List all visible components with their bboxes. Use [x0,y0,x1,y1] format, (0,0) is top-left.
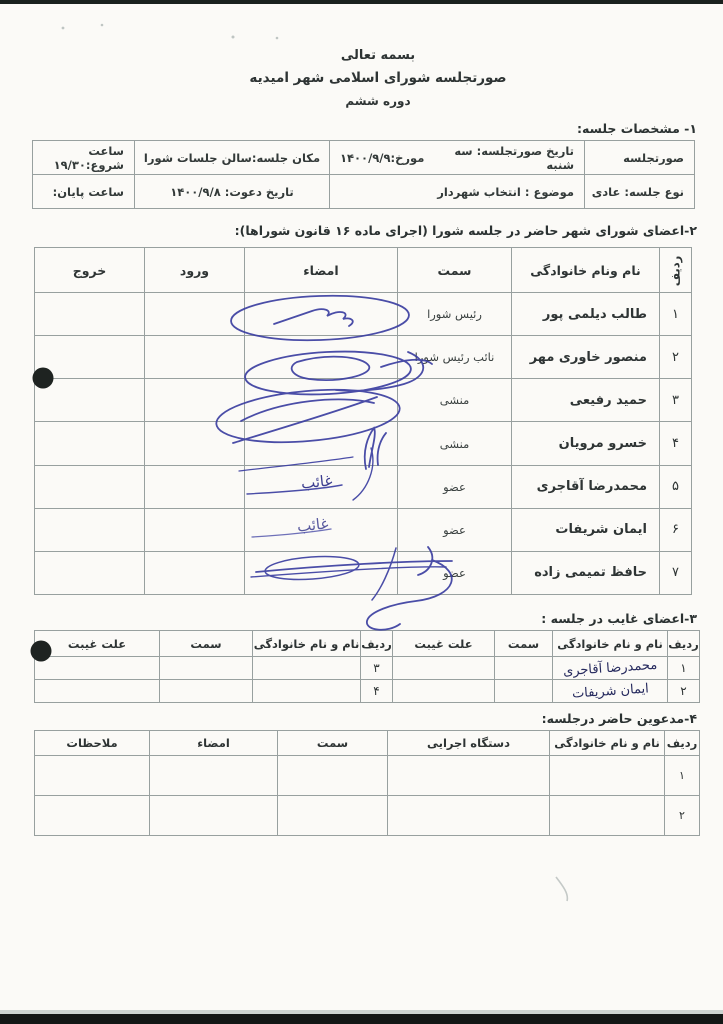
member-role: نائب رئیس شورا [398,336,512,379]
col-full-name: نام ونام خانوادگی [512,248,660,293]
table-header-row: ردیف نام ونام خانوادگی سمت امضاء ورود خر… [35,248,692,293]
col-full-name: نام و نام خانوادگی [550,731,665,756]
absence-reason-cell [35,680,160,703]
exit-cell [35,551,145,594]
invitee-name-cell [550,796,665,836]
remarks-cell [35,756,150,796]
col-row-number: ردیف [660,248,692,293]
document-title: صورتجلسه شورای اسلامی شهر امیدیه [203,70,553,86]
position-cell [278,796,388,836]
start-time-cell: ساعت شروع:۱۹/۳۰ [33,141,135,175]
exit-cell [35,336,145,379]
table-header-row: ردیف نام و نام خانوادگی سمت علت غیبت ردی… [35,631,700,657]
col-full-name: نام و نام خانوادگی [553,631,668,657]
col-full-name: نام و نام خانوادگی [253,631,361,657]
scan-edge-bottom [0,1014,723,1024]
meeting-date-value: مورخ:۱۴۰۰/۹/۹ [340,151,424,165]
entry-cell [145,508,245,551]
member-name: حمید رفیعی [512,379,660,422]
council-term: دوره ششم [203,94,553,108]
handwritten-name: ایمان شریفات [571,681,649,701]
col-position: سمت [278,731,388,756]
member-name: حافظ تمیمی زاده [512,551,660,594]
signature-cell [245,422,398,465]
position-cell [278,756,388,796]
section3-heading: ۳-اعضای غایب در جلسه : [541,611,697,626]
exit-cell [35,379,145,422]
meeting-location-cell: مکان جلسه:سالن جلسات شورا [135,141,330,175]
absence-reason-cell [393,657,495,680]
table-row: ۳ حمید رفیعی منشی [35,379,692,422]
present-members-table: ردیف نام ونام خانوادگی سمت امضاء ورود خر… [34,247,692,595]
meeting-date-label: تاریخ صورتجلسه: سه شنبه [424,144,574,172]
row-number: ۶ [660,508,692,551]
pencil-stray-mark [556,877,567,901]
row-number: ۱ [668,657,700,680]
entry-cell [145,379,245,422]
position-cell [160,680,253,703]
col-position: سمت [398,248,512,293]
table-row: ۷ حافظ تمیمی زاده عضو [35,551,692,594]
meeting-subject-cell: موضوع : انتخاب شهردار [330,175,585,209]
position-cell [495,680,553,703]
agency-cell [388,756,550,796]
agency-cell [388,796,550,836]
table-header-row: ردیف نام و نام خانوادگی دستگاه اجرایی سم… [35,731,700,756]
row-number: ۳ [660,379,692,422]
document-header: بسمه تعالی صورتجلسه شورای اسلامی شهر امی… [203,48,553,108]
absent-members-table: ردیف نام و نام خانوادگی سمت علت غیبت ردی… [34,630,700,703]
signature-cell [245,336,398,379]
invited-attendees-table: ردیف نام و نام خانوادگی دستگاه اجرایی سم… [34,730,700,836]
member-name: منصور خاوری مهر [512,336,660,379]
entry-cell [145,551,245,594]
table-row: ۲ [35,796,700,836]
minutes-label-cell: صورتجلسه [585,141,695,175]
row-number: ۲ [665,796,700,836]
exit-cell [35,422,145,465]
table-row: ۲ ایمان شریفات ۴ [35,680,700,703]
row-number: ۲ [660,336,692,379]
signature-cell [245,379,398,422]
member-name: ایمان شریفات [512,508,660,551]
row-number: ۷ [660,551,692,594]
member-name: طالب دیلمی پور [512,293,660,336]
absent-member-name: ایمان شریفات [553,680,668,703]
exit-cell [35,508,145,551]
absent-member-name [253,680,361,703]
exit-cell [35,465,145,508]
table-row: نوع جلسه: عادی موضوع : انتخاب شهردار تار… [33,175,695,209]
absence-reason-cell [35,657,160,680]
member-role: عضو [398,508,512,551]
col-entry: ورود [145,248,245,293]
meeting-date-cell: تاریخ صورتجلسه: سه شنبه مورخ:۱۴۰۰/۹/۹ [330,141,585,175]
invitee-name-cell [550,756,665,796]
row-number: ۲ [668,680,700,703]
member-role: منشی [398,422,512,465]
position-cell [495,657,553,680]
col-row-number: ردیف [665,731,700,756]
table-row: ۱ محمدرضا آقاجری ۳ [35,657,700,680]
col-remarks: ملاحظات [35,731,150,756]
col-position: سمت [495,631,553,657]
row-number: ۴ [660,422,692,465]
row-number: ۱ [665,756,700,796]
scanned-document-page: بسمه تعالی صورتجلسه شورای اسلامی شهر امی… [0,0,723,1024]
col-row-number: ردیف [668,631,700,657]
col-signature: امضاء [245,248,398,293]
member-name: خسرو مرویان [512,422,660,465]
row-number: ۳ [361,657,393,680]
table-row: ۴ خسرو مرویان منشی [35,422,692,465]
row-number: ۵ [660,465,692,508]
member-name: محمدرضا آقاجری [512,465,660,508]
row-number: ۴ [361,680,393,703]
member-role: عضو [398,465,512,508]
member-role: عضو [398,551,512,594]
col-exit: خروج [35,248,145,293]
signature-cell [245,551,398,594]
exit-cell [35,293,145,336]
section1-heading: ۱- مشخصات جلسه: [577,121,697,136]
member-role: رئیس شورا [398,293,512,336]
table-row: ۱ طالب دیلمی پور رئیس شورا [35,293,692,336]
absence-reason-cell [393,680,495,703]
meeting-type-cell: نوع جلسه: عادی [585,175,695,209]
entry-cell [145,336,245,379]
entry-cell [145,422,245,465]
table-row: ۲ منصور خاوری مهر نائب رئیس شورا [35,336,692,379]
position-cell [160,657,253,680]
table-row: ۵ محمدرضا آقاجری عضو [35,465,692,508]
pencil-specks [62,24,279,40]
handwritten-absent-note: غائب [296,514,329,535]
col-position: سمت [160,631,253,657]
col-executive-agency: دستگاه اجرایی [388,731,550,756]
handwritten-name: محمدرضا آقاجری [562,657,657,679]
table-row: ۱ [35,756,700,796]
col-signature: امضاء [150,731,278,756]
meeting-specs-table: صورتجلسه تاریخ صورتجلسه: سه شنبه مورخ:۱۴… [32,140,695,209]
scan-edge-top [0,0,723,4]
absent-member-name [253,657,361,680]
section2-heading: ۲-اعضای شورای شهر حاضر در جلسه شورا (اجر… [235,223,697,238]
signature-cell [245,293,398,336]
signature-cell [150,796,278,836]
bismillah-line: بسمه تعالی [203,48,553,63]
entry-cell [145,293,245,336]
signature-cell [150,756,278,796]
member-role: منشی [398,379,512,422]
absent-member-name: محمدرضا آقاجری [553,657,668,680]
row-number: ۱ [660,293,692,336]
table-row: صورتجلسه تاریخ صورتجلسه: سه شنبه مورخ:۱۴… [33,141,695,175]
entry-cell [145,465,245,508]
handwritten-absent-note: غائب [300,471,333,492]
table-row: ۶ ایمان شریفات عضو [35,508,692,551]
col-absence-reason: علت غیبت [393,631,495,657]
remarks-cell [35,796,150,836]
invite-date-cell: تاریخ دعوت: ۱۴۰۰/۹/۸ [135,175,330,209]
col-absence-reason: علت غیبت [35,631,160,657]
col-row-number: ردیف [361,631,393,657]
section4-heading: ۴-مدعوین حاضر درجلسه: [542,711,697,726]
end-time-cell: ساعت پایان: [33,175,135,209]
